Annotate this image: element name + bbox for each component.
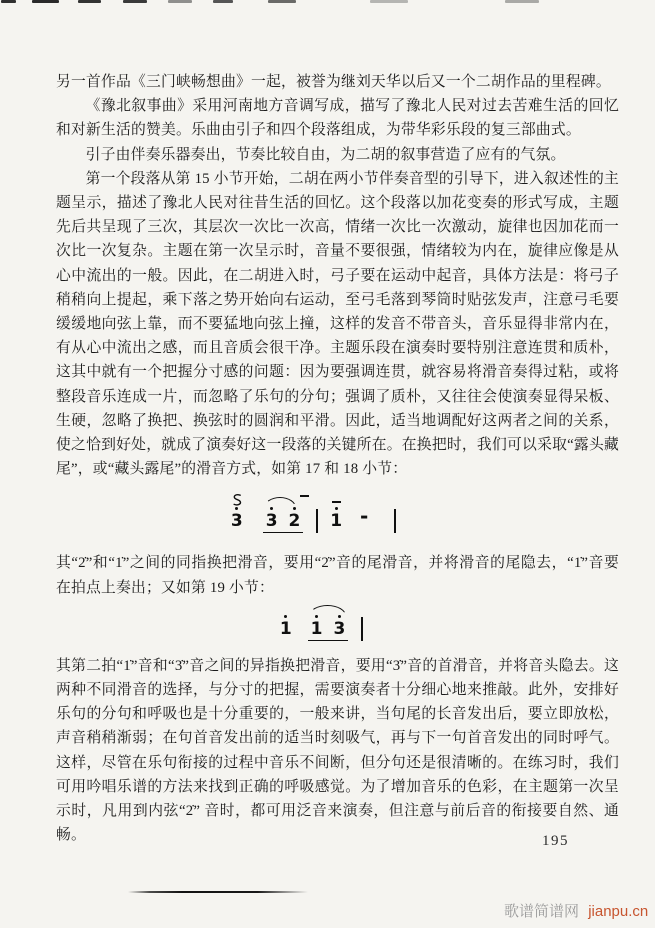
watermark-site-name: 歌谱简谱网 — [504, 903, 579, 920]
note-digit: 1 — [330, 513, 342, 530]
scan-artifact-dash — [123, 0, 147, 3]
scan-artifact-dash — [213, 0, 233, 3]
paragraph-introduction-phrase: 引子由伴奏乐器奏出，节奏比较自由，为二胡的叙事营造了应有的气氛。 — [56, 143, 619, 167]
note-1-high: 1 — [311, 615, 323, 638]
scanned-book-page: 另一首作品《三门峡畅想曲》一起，被誉为继刘天华以后又一个二胡作品的里程碑。 《豫… — [0, 0, 655, 928]
note-1-high: 1 — [280, 615, 292, 638]
tie-dash-icon — [332, 501, 341, 503]
barline-icon — [394, 509, 396, 533]
slur-icon — [309, 605, 347, 616]
page-text-block: 另一首作品《三门峡畅想曲》一起，被誉为继刘天华以后又一个二胡作品的里程碑。 《豫… — [56, 70, 619, 847]
duration-dash: - — [360, 506, 368, 526]
note-3-high: 3 — [266, 507, 278, 530]
slide-ornament-icon — [232, 494, 242, 506]
barline-icon — [316, 509, 318, 533]
note-3-high: 3 — [334, 615, 346, 638]
scan-artifact-dash — [32, 0, 59, 3]
scan-artifact-dash — [268, 0, 296, 3]
note-digit: 2 — [289, 513, 301, 530]
watermark: 歌谱简谱网 jianpu.cn — [504, 900, 648, 921]
scan-artifact-dash — [370, 0, 408, 3]
scan-artifact-dash — [505, 0, 539, 3]
scan-artifact-dash — [1, 0, 16, 3]
beamed-note-pair: 3 2 — [263, 507, 304, 533]
octave-dot-icon — [235, 507, 238, 510]
note-digit: 3 — [231, 513, 243, 530]
note-digit: 1 — [311, 621, 323, 638]
scan-artifact-dash — [168, 0, 192, 3]
music-notation-bar-19: 1 1 3 — [40, 608, 603, 644]
paragraph-yubei-overview: 《豫北叙事曲》采用河南地方音调写成，描写了豫北人民对过去苦难生活的回忆和对新生活… — [56, 94, 619, 142]
note-1-high-tied: 1 — [330, 501, 342, 530]
note-digit: 3 — [334, 621, 346, 638]
barline-icon — [361, 617, 363, 641]
tie-dash-icon — [300, 495, 309, 497]
note-3-high-with-ornament: 3 — [231, 494, 243, 530]
octave-dot-icon — [284, 615, 287, 618]
note-digit: 3 — [266, 513, 278, 530]
paragraph-first-section-analysis: 第一个段落从第 15 小节开始，二胡在两小节伴奏音型的引导下，进入叙述性的主题呈… — [56, 167, 619, 482]
beamed-note-pair: 1 3 — [308, 615, 349, 641]
paragraph-milestone: 另一首作品《三门峡畅想曲》一起，被誉为继刘天华以后又一个二胡作品的里程碑。 — [56, 70, 619, 94]
paragraph-slide-17-18: 其“2̇”和“1̇”之间的同指换把滑音，要用“2̇”音的尾滑音，并将滑音的尾隐去… — [56, 551, 619, 599]
scan-artifact-dash — [78, 0, 101, 3]
paragraph-bar-19-analysis: 其第二拍“1̇”音和“3̇”音之间的异指换把滑音，要用“3̇”音的首滑音，并将音… — [56, 654, 619, 848]
octave-dot-icon — [335, 507, 338, 510]
watermark-site-url: jianpu.cn — [588, 903, 648, 920]
note-2-high: 2 — [289, 507, 301, 530]
scan-artifact-line — [128, 891, 308, 893]
music-notation-bars-17-18: 3 3 2 1 - — [32, 494, 595, 540]
page-number: 195 — [542, 833, 569, 850]
note-digit: 1 — [280, 621, 292, 638]
slur-icon — [264, 497, 297, 508]
